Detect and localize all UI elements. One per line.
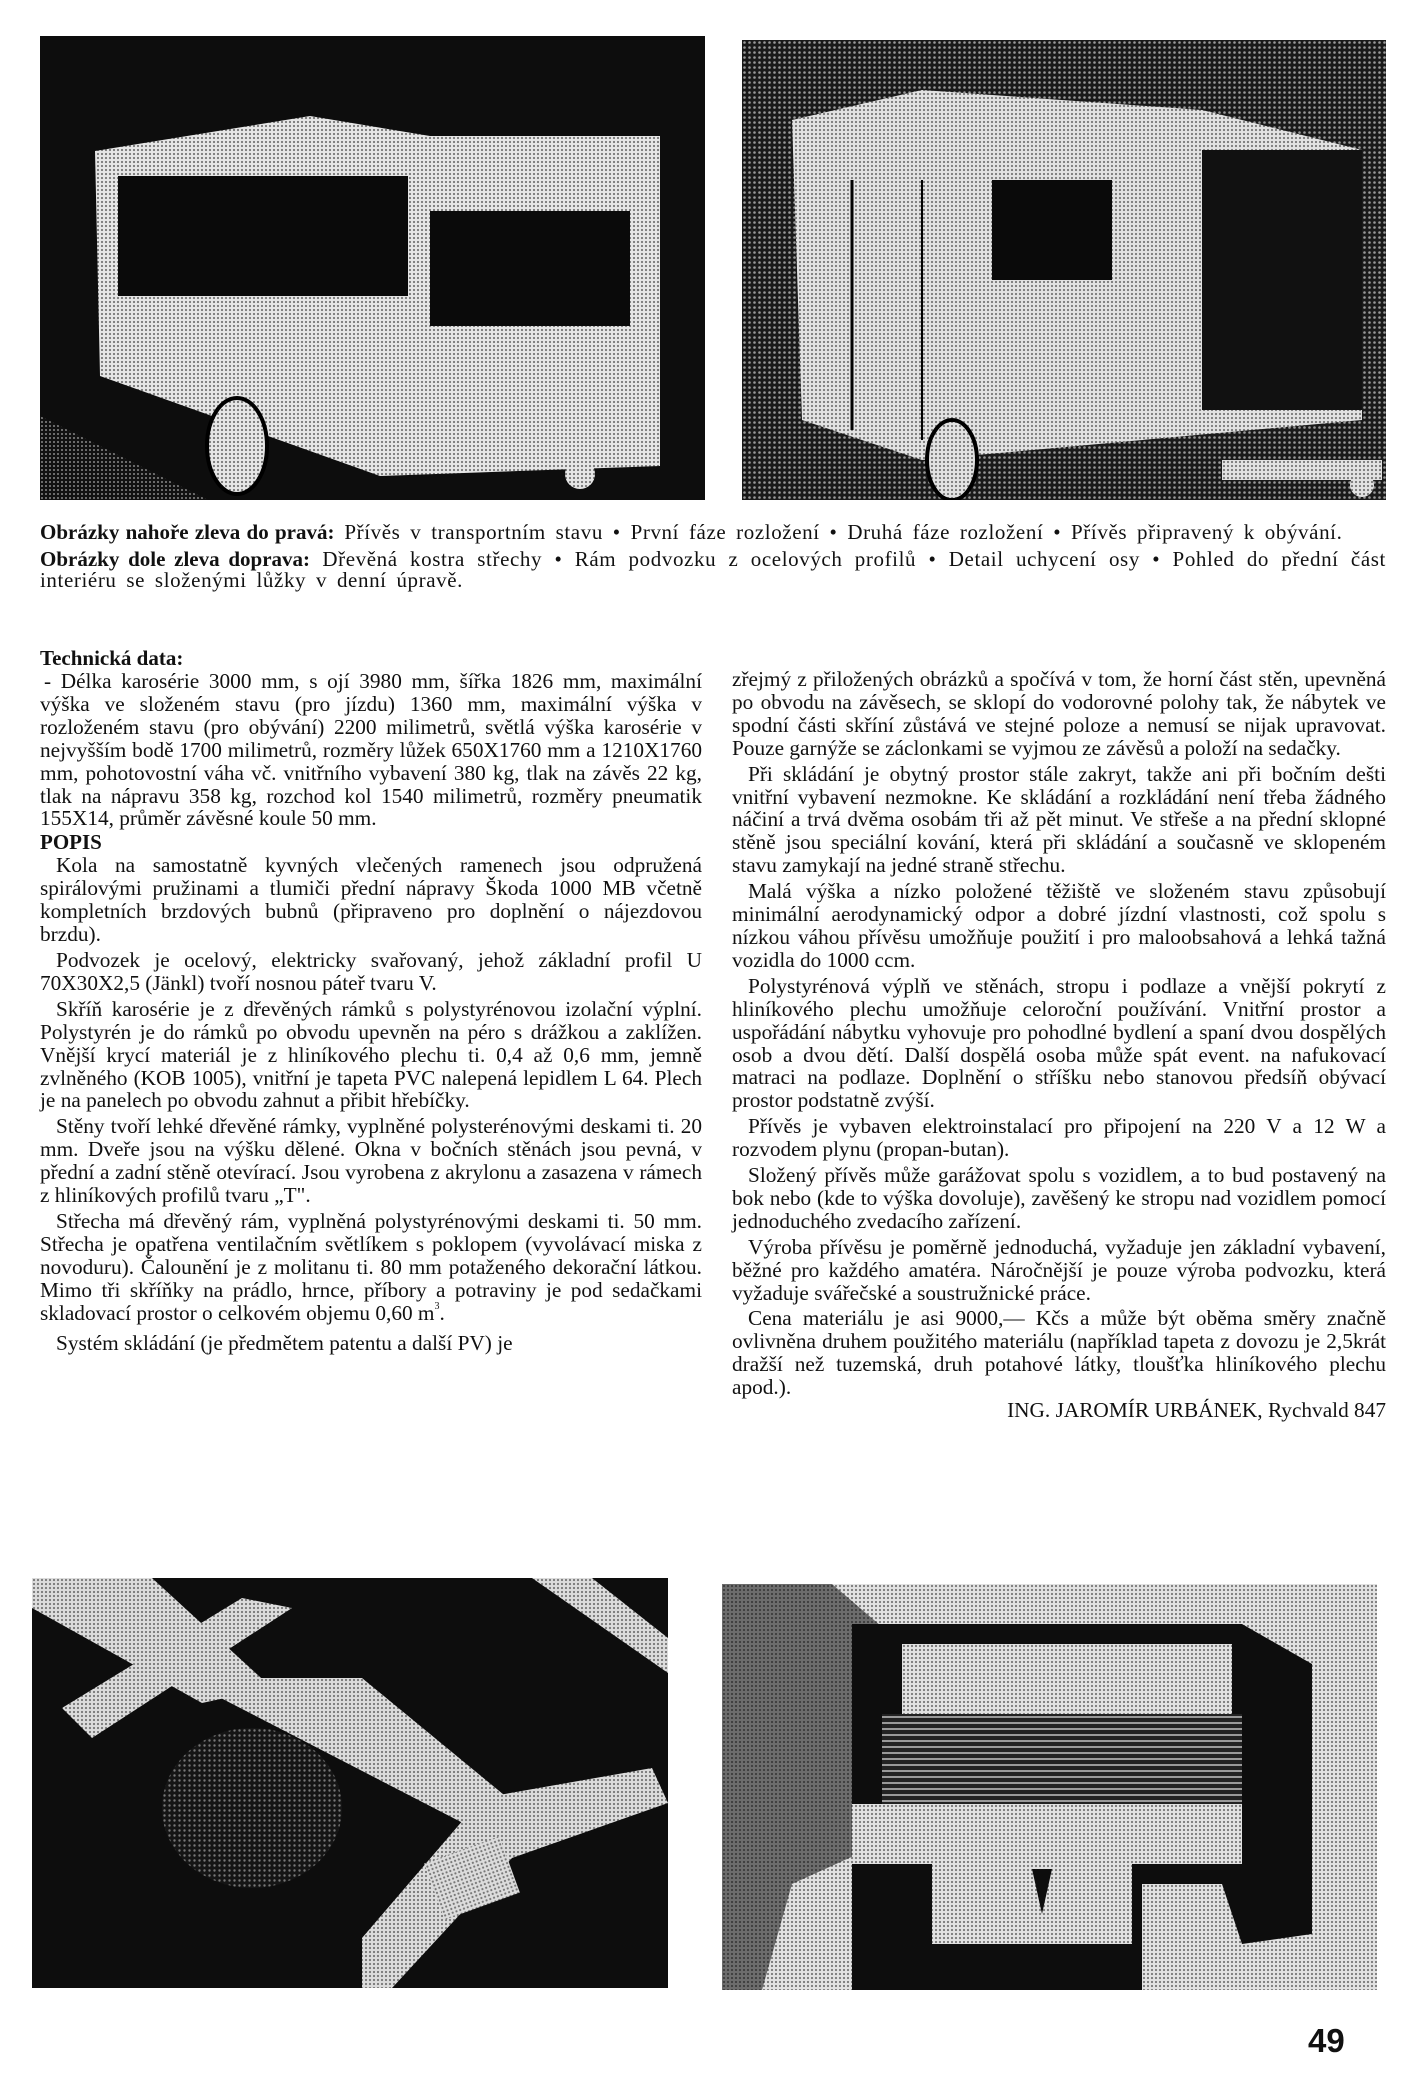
paragraph-roof-text: Střecha má dřevěný rám, vyplněná polysty… — [40, 1209, 702, 1325]
caption-top-text: Přívěs v transportním stavu • První fáze… — [334, 520, 1342, 544]
article-column-right: zřejmý z přiložených obrázků a spočívá v… — [732, 668, 1386, 1422]
trailer-unfolding-image — [742, 40, 1386, 500]
paragraph-wheels: Kola na samostatně kyvných vlečených ram… — [40, 854, 702, 946]
paragraph-insulation: Polystyrénová výplň ve stěnách, stropu i… — [732, 975, 1386, 1112]
paragraph-electrics: Přívěs je vybaven elektroinstalací pro p… — [732, 1115, 1386, 1161]
article-column-left: Technická data: - Délka karosérie 3000 m… — [40, 646, 702, 1355]
photo-roof-frame — [32, 1578, 668, 1988]
paragraph-roof-end: . — [440, 1301, 445, 1325]
paragraph-aerodynamics: Malá výška a nízko položené těžiště ve s… — [732, 880, 1386, 972]
photo-trailer-unfolding — [742, 40, 1386, 500]
figure-caption: Obrázky nahoře zleva do pravá: Přívěs v … — [40, 522, 1386, 597]
paragraph-walls: Stěny tvoří lehké dřevěné rámky, vyplněn… — [40, 1115, 702, 1207]
photo-trailer-transport — [40, 36, 705, 500]
paragraph-chassis: Podvozek je ocelový, elektricky svařovan… — [40, 949, 702, 995]
paragraph-garaging: Složený přívěs může garážovat spolu s vo… — [732, 1164, 1386, 1233]
paragraph-folding-cover: Při skládání je obytný prostor stále zak… — [732, 763, 1386, 878]
paragraph-roof: Střecha má dřevěný rám, vyplněná polysty… — [40, 1210, 702, 1325]
tech-data-text: - Délka karosérie 3000 mm, s ojí 3980 mm… — [40, 670, 702, 830]
photo-interior — [722, 1584, 1377, 1990]
tech-data-heading: Technická data: — [40, 646, 702, 670]
caption-top-label: Obrázky nahoře zleva do pravá: — [40, 520, 334, 544]
paragraph-folding-continued: zřejmý z přiložených obrázků a spočívá v… — [732, 668, 1386, 760]
paragraph-cost: Cena materiálu je asi 9000,— Kčs a může … — [732, 1307, 1386, 1399]
caption-bottom: Obrázky dole zleva doprava: Dřevěná kost… — [40, 549, 1386, 591]
popis-heading: POPIS — [40, 830, 702, 854]
author-signature: ING. JAROMÍR URBÁNEK, Rychvald 847 — [732, 1399, 1386, 1422]
roof-frame-image — [32, 1578, 668, 1988]
paragraph-production: Výroba přívěsu je poměrně jednoduchá, vy… — [732, 1236, 1386, 1305]
interior-image — [722, 1584, 1377, 1990]
paragraph-body: Skříň karosérie je z dřevěných rámků s p… — [40, 998, 702, 1113]
page-number: 49 — [1308, 2022, 1345, 2060]
caption-top: Obrázky nahoře zleva do pravá: Přívěs v … — [40, 522, 1386, 543]
paragraph-folding-system: Systém skládání (je předmětem patentu a … — [40, 1332, 702, 1355]
trailer-transport-image — [40, 36, 705, 500]
